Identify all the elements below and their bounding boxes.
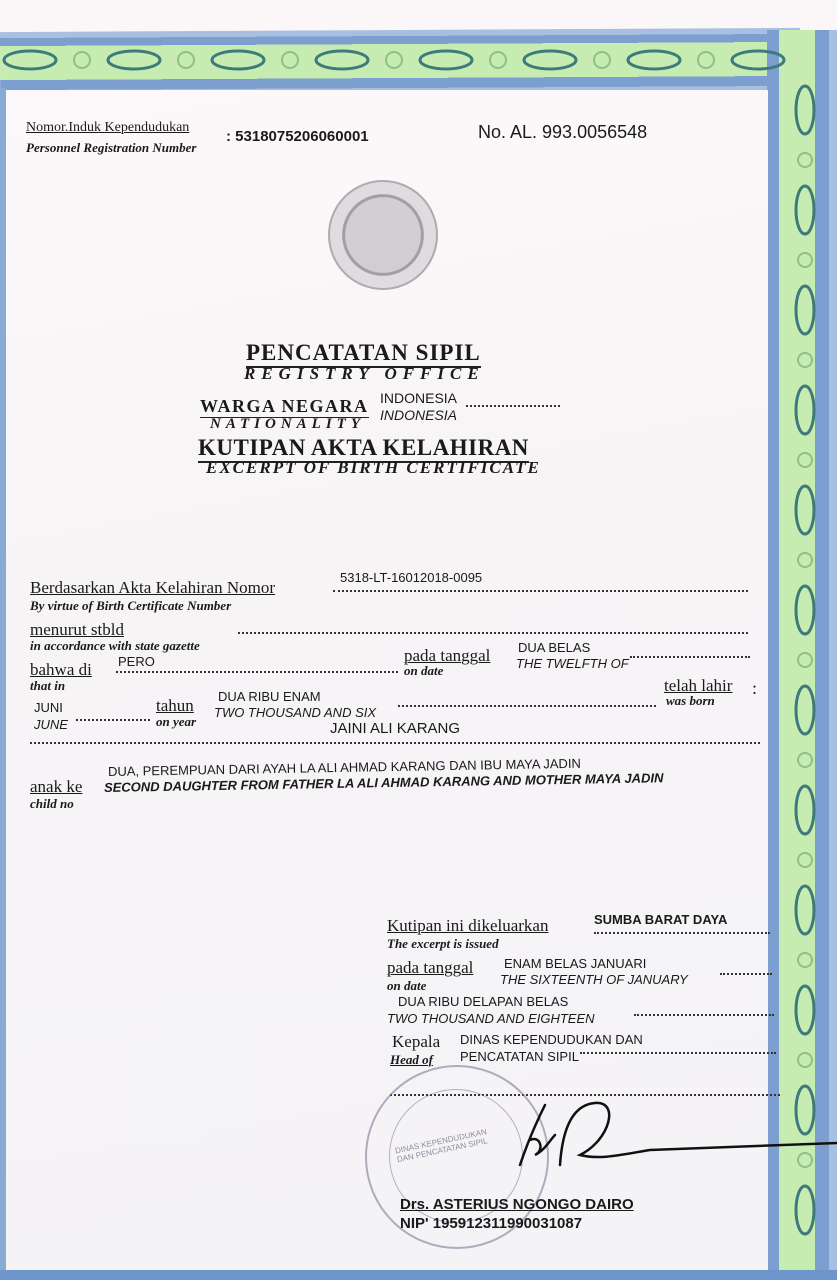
certificate-border-bottom <box>0 1270 837 1280</box>
place-label: bahwa di <box>30 660 92 680</box>
cert-number-label-en: By virtue of Birth Certificate Number <box>30 598 231 614</box>
child-number-label: anak ke <box>30 777 82 797</box>
nationality-value: INDONESIA <box>380 390 457 406</box>
nik-label: Nomor.Induk Kependudukan <box>26 120 189 136</box>
head-value: DINAS KEPENDUDUKAN DAN <box>460 1032 643 1047</box>
head-label: Kepala <box>392 1032 440 1052</box>
birth-year-label: tahun <box>156 696 194 716</box>
place-value: PERO <box>118 654 155 669</box>
birth-date-label-en: on date <box>404 663 443 679</box>
issue-date-value: ENAM BELAS JANUARI <box>504 956 646 971</box>
cert-number-value: 5318-LT-16012018-0095 <box>340 570 482 585</box>
birth-date-value: DUA BELAS <box>518 640 590 655</box>
nationality-label-en: NATIONALITY <box>210 416 365 433</box>
border-motif-right <box>787 70 823 1250</box>
serial-number: No. AL. 993.0056548 <box>478 122 647 143</box>
was-born-label-en: was born <box>666 693 715 709</box>
stbld-label: menurut stbld <box>30 620 124 640</box>
garuda-emblem-icon <box>328 180 438 290</box>
nationality-label: WARGA NEGARA <box>200 396 369 418</box>
nik-label-en: Personnel Registration Number <box>26 140 196 156</box>
official-nip: NIP' 195912311990031087 <box>400 1215 582 1232</box>
birth-year-value: DUA RIBU ENAM <box>218 689 321 704</box>
issued-label: Kutipan ini dikeluarkan <box>387 916 548 936</box>
issued-place-value: SUMBA BARAT DAYA <box>594 912 727 927</box>
head-value-2: PENCATATAN SIPIL <box>460 1049 579 1064</box>
nik-value: : 5318075206060001 <box>226 128 369 145</box>
birth-date-value-en: THE TWELFTH OF <box>516 656 629 671</box>
issue-date-label: pada tanggal <box>387 958 473 978</box>
child-number-label-en: child no <box>30 796 74 812</box>
head-label-en: Head of <box>390 1052 433 1068</box>
birth-month-value: JUNI <box>34 700 63 715</box>
birth-year-label-en: on year <box>156 714 196 730</box>
birth-year-value-en: TWO THOUSAND AND SIX <box>214 705 376 720</box>
colon-mark: : <box>752 678 757 699</box>
issue-year-value-en: TWO THOUSAND AND EIGHTEEN <box>387 1011 595 1026</box>
cert-number-label: Berdasarkan Akta Kelahiran Nomor <box>30 578 275 598</box>
birth-month-value-en: JUNE <box>34 717 68 732</box>
issue-date-label-en: on date <box>387 978 426 994</box>
issued-label-en: The excerpt is issued <box>387 936 499 952</box>
child-name-value: JAINI ALI KARANG <box>330 720 460 737</box>
signature-icon <box>500 1095 837 1175</box>
office-title-en: REGISTRY OFFICE <box>244 364 485 384</box>
nationality-value-en: INDONESIA <box>380 407 457 423</box>
border-motif-top <box>0 44 800 76</box>
issue-year-value: DUA RIBU DELAPAN BELAS <box>398 994 568 1009</box>
document-title-en: EXCERPT OF BIRTH CERTIFICATE <box>206 458 541 478</box>
issue-date-value-en: THE SIXTEENTH OF JANUARY <box>500 972 688 987</box>
stbld-label-en: in accordance with state gazette <box>30 638 200 654</box>
official-name: Drs. ASTERIUS NGONGO DAIRO <box>400 1196 634 1213</box>
place-label-en: that in <box>30 678 65 694</box>
